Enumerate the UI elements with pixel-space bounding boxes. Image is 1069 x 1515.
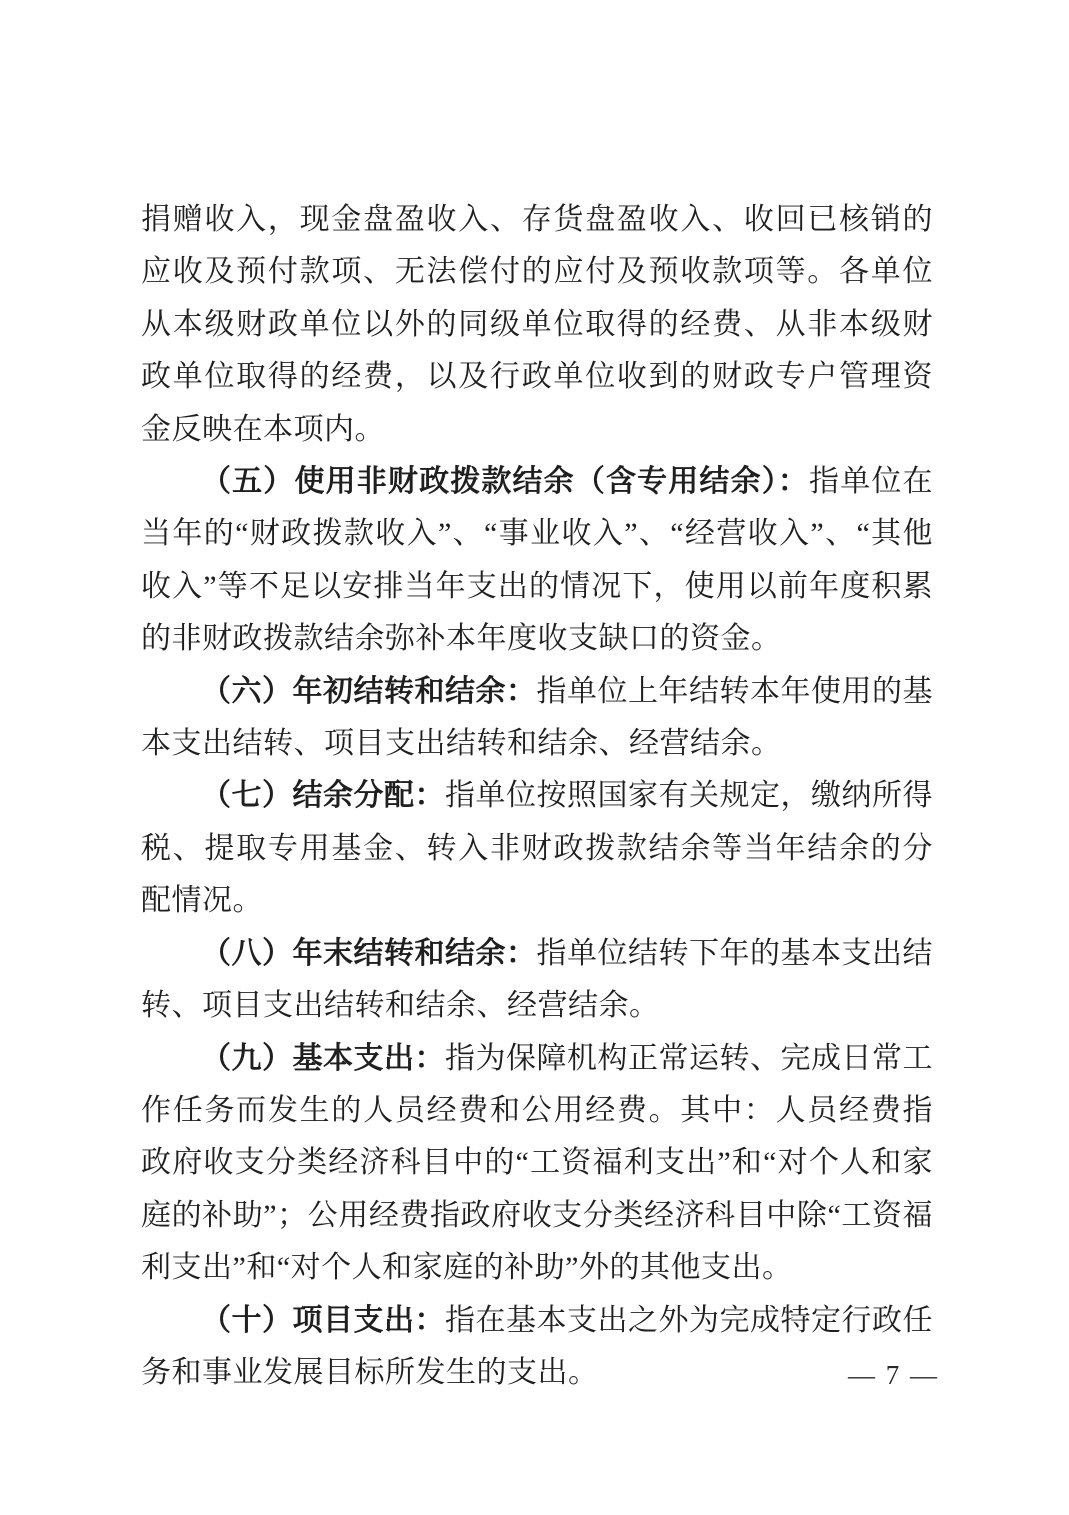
paragraph: （八）年末结转和结余：指单位结转下年的基本支出结转、项目支出结转和结余、经营结余… <box>141 928 933 1033</box>
paragraph: （六）年初结转和结余：指单位上年结转本年使用的基本支出结转、项目支出结转和结余、… <box>141 666 933 771</box>
paragraph-heading: （五）使用非财政拨款结余（含专用结余）： <box>201 465 809 498</box>
paragraph-heading: （七）结余分配： <box>201 779 445 812</box>
paragraph-text: 捐赠收入，现金盘盈收入、存货盘盈收入、收回已核销的应收及预付款项、无法偿付的应付… <box>141 203 933 446</box>
paragraph-heading: （十）项目支出： <box>201 1304 445 1337</box>
paragraph: 捐赠收入，现金盘盈收入、存货盘盈收入、收回已核销的应收及预付款项、无法偿付的应付… <box>141 194 933 456</box>
paragraph-heading: （六）年初结转和结余： <box>201 675 537 708</box>
paragraph-heading: （八）年末结转和结余： <box>201 937 537 970</box>
document-page: 捐赠收入，现金盘盈收入、存货盘盈收入、收回已核销的应收及预付款项、无法偿付的应付… <box>0 0 1069 1515</box>
paragraph: （十）项目支出：指在基本支出之外为完成特定行政任务和事业发展目标所发生的支出。 <box>141 1295 933 1400</box>
paragraph-heading: （九）基本支出： <box>201 1042 445 1075</box>
document-body: 捐赠收入，现金盘盈收入、存货盘盈收入、收回已核销的应收及预付款项、无法偿付的应付… <box>141 194 933 1399</box>
paragraph: （五）使用非财政拨款结余（含专用结余）：指单位在当年的“财政拨款收入”、“事业收… <box>141 456 933 666</box>
paragraph: （七）结余分配：指单位按照国家有关规定，缴纳所得税、提取专用基金、转入非财政拨款… <box>141 770 933 927</box>
paragraph-text: 指为保障机构正常运转、完成日常工作任务而发生的人员经费和公用经费。其中：人员经费… <box>141 1042 933 1285</box>
paragraph: （九）基本支出：指为保障机构正常运转、完成日常工作任务而发生的人员经费和公用经费… <box>141 1033 933 1295</box>
page-number: — 7 — <box>848 1357 939 1393</box>
